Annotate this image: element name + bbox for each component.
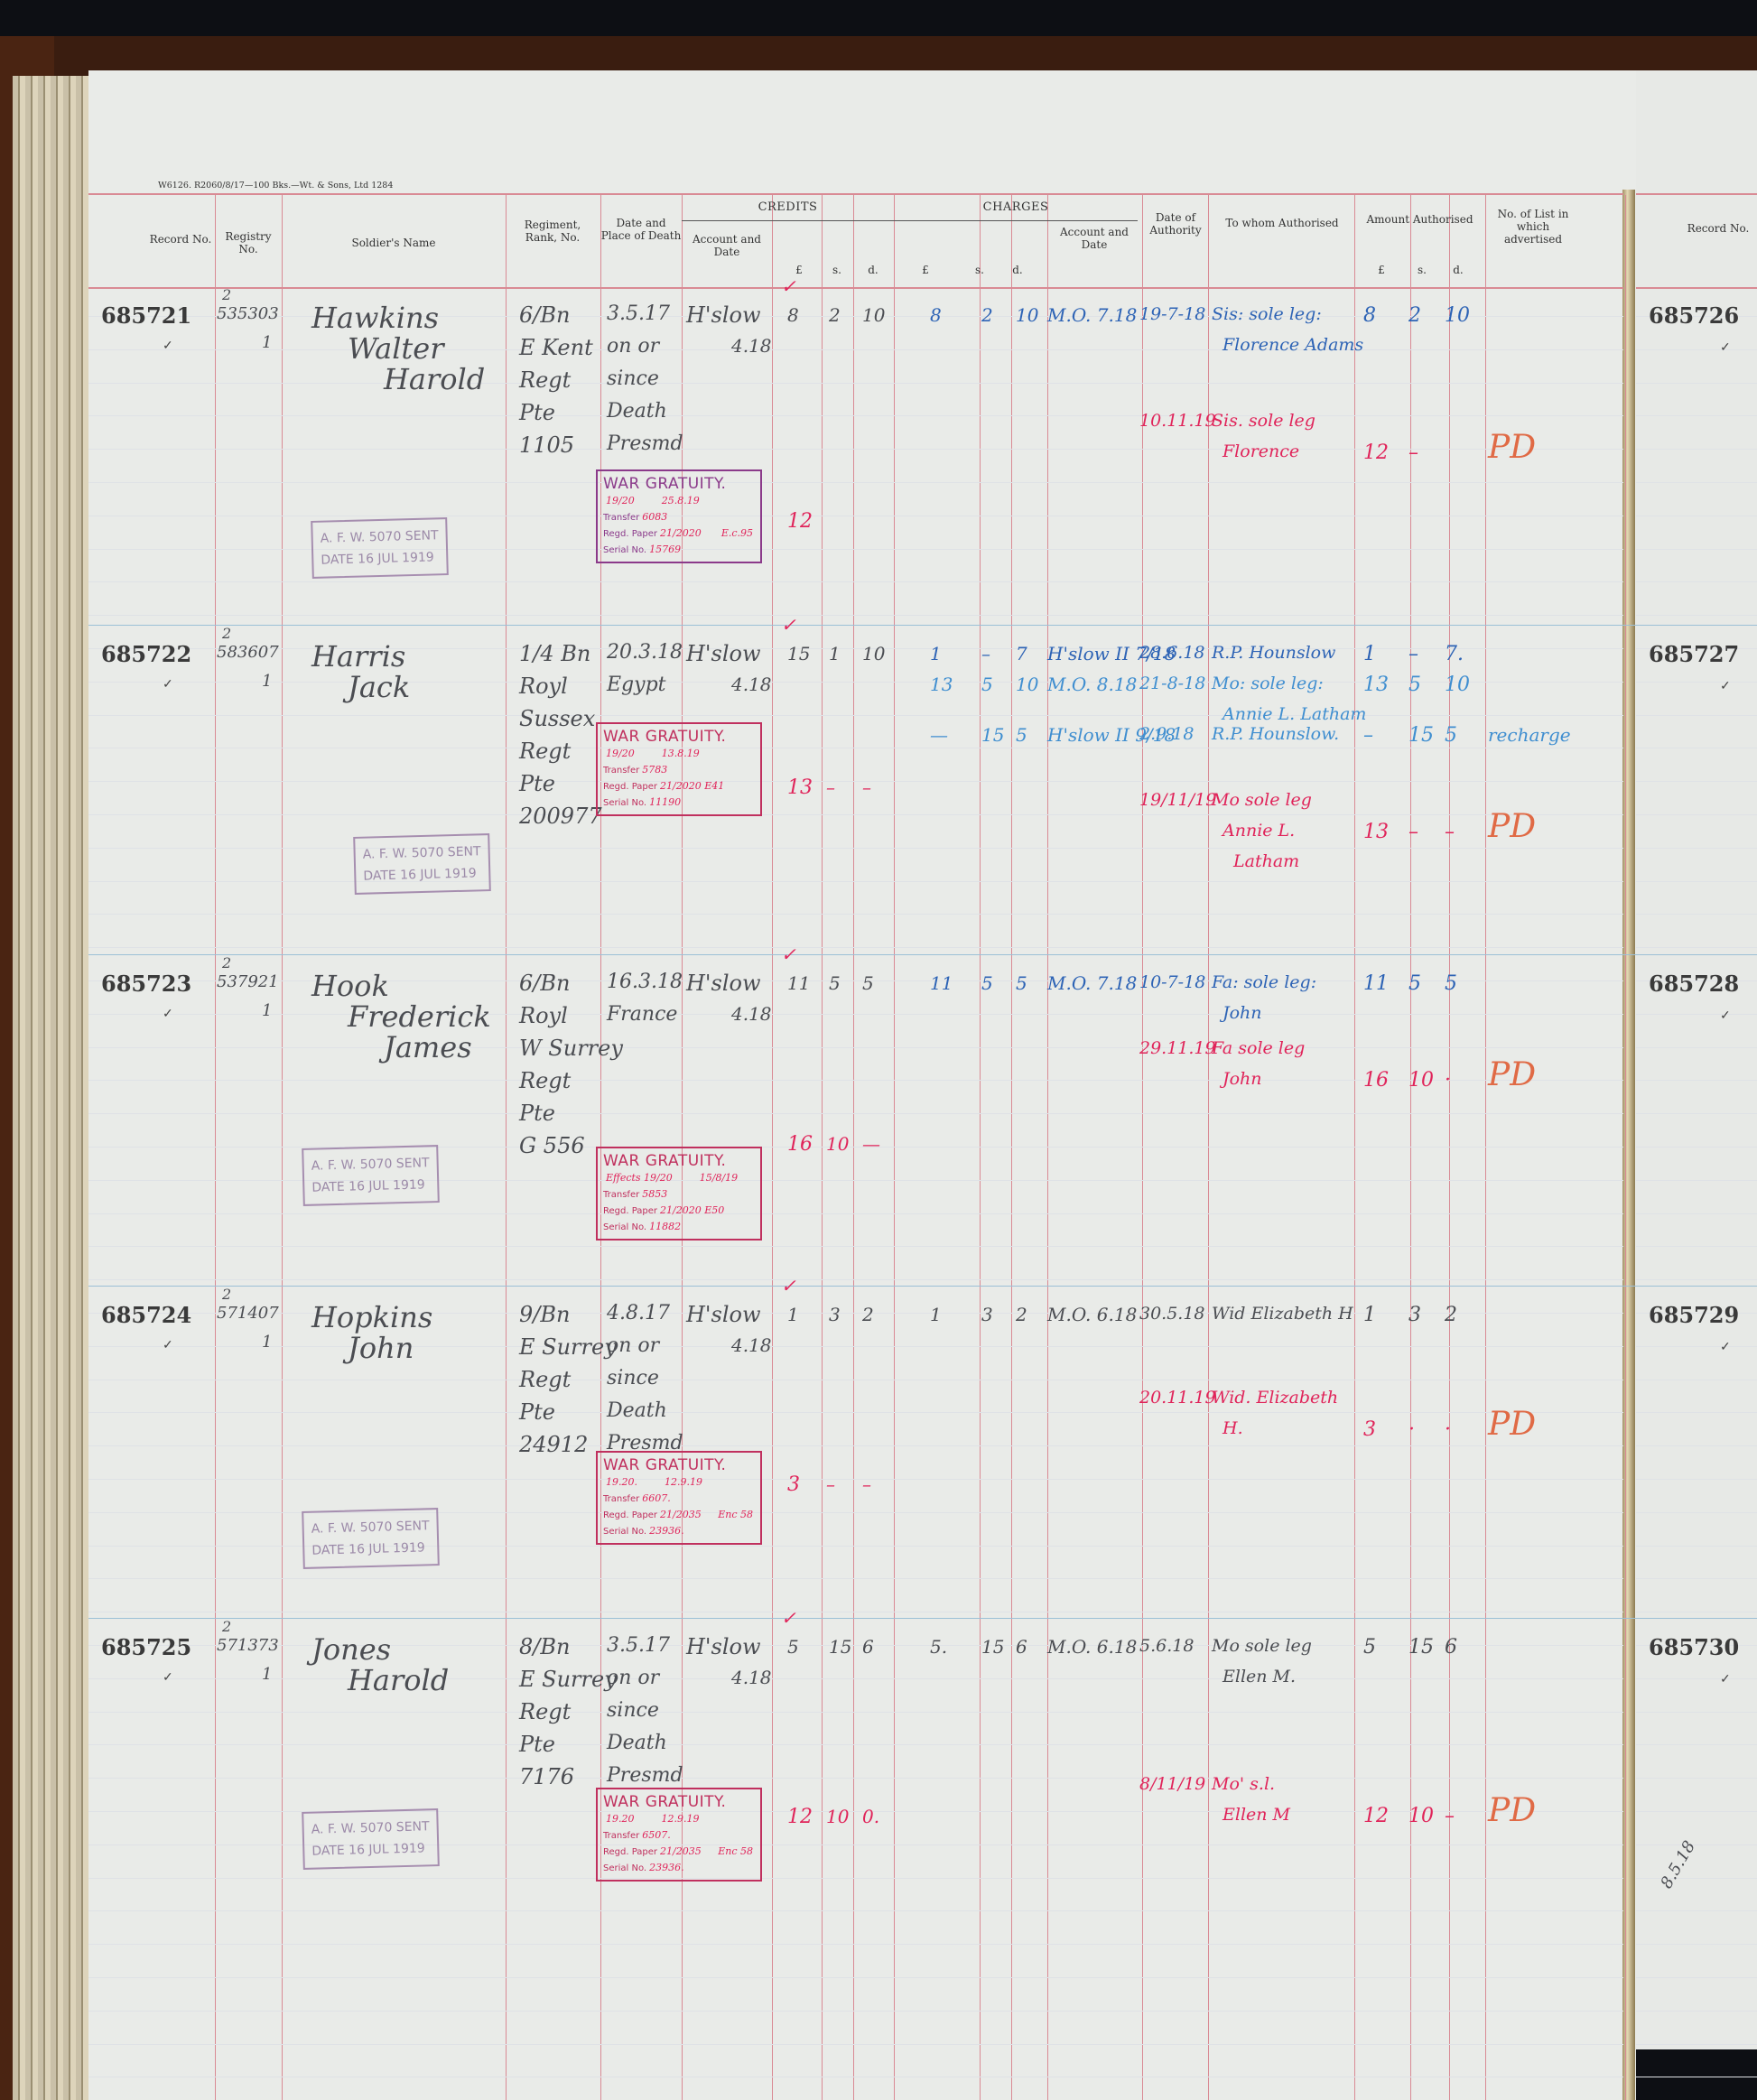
- registry-prefix: 2: [222, 1286, 231, 1303]
- stamp-value: 11190: [649, 796, 681, 808]
- stamp-label: Regd. Paper: [603, 782, 657, 792]
- list-advertised-note: PD: [1488, 808, 1536, 845]
- stamp-date: 25.8.19: [662, 495, 700, 506]
- header-charges-account-date: Account and Date: [1049, 226, 1139, 251]
- ledger-line: [88, 1113, 1623, 1114]
- credit-account-date: 4.18: [731, 1003, 772, 1025]
- stamp-date: DATE 16 JUL 1919: [363, 862, 482, 887]
- header-charges: CHARGES: [894, 200, 1138, 214]
- ledger-line: [1636, 715, 1757, 716]
- authorised-pence: –: [1445, 821, 1455, 843]
- ledger-line: [88, 814, 1623, 815]
- ledger-line: [1636, 1578, 1757, 1579]
- death-line: Egypt: [607, 674, 666, 696]
- authority-date: 29.11.19: [1139, 1038, 1216, 1058]
- stamp-label: Serial No.: [603, 1222, 646, 1232]
- ledger-page-right: [1636, 70, 1757, 2100]
- authorised-pounds: 1: [1363, 1304, 1376, 1326]
- check-mark-icon: ✓: [1720, 679, 1731, 693]
- charge-shillings: 3: [981, 1304, 993, 1325]
- ledger-line: [1636, 947, 1757, 948]
- authorised-pounds: 1: [1363, 643, 1376, 665]
- charge-account: M.O. 8.18: [1047, 674, 1137, 695]
- gratuity-credit-pence: —: [862, 1133, 880, 1155]
- credit-pence: 10: [862, 304, 885, 326]
- credit-check-icon: ✓: [781, 1607, 796, 1629]
- authorised-shillings: –: [1408, 643, 1418, 665]
- ledger-line: [88, 947, 1623, 948]
- ledger-line: [1636, 1113, 1757, 1114]
- stamp-label: Transfer: [603, 1831, 639, 1841]
- authorised-payee: Mo sole leg: [1212, 1636, 1312, 1656]
- authorised-shillings: 3: [1408, 1304, 1421, 1326]
- header-list-advertised: No. of List in which advertised: [1486, 208, 1580, 246]
- ledger-line: [88, 1246, 1623, 1247]
- registry-prefix: 2: [222, 954, 231, 971]
- right-page-record-number: 685728: [1649, 971, 1739, 997]
- stamp-extra: Enc 58: [718, 1844, 753, 1859]
- stamp-value: 21/2020 E50: [660, 1204, 724, 1216]
- column-rule: [1142, 195, 1143, 2100]
- ledger-line: [88, 383, 1623, 384]
- header-amount-pounds: £: [1368, 264, 1395, 276]
- ledger-line: [88, 1778, 1623, 1779]
- authorised-pounds: 3: [1363, 1418, 1376, 1441]
- authorised-payee: Mo sole leg: [1212, 790, 1312, 810]
- ledger-line: [1636, 1412, 1757, 1413]
- stamp-value: 21/2035: [660, 1509, 702, 1520]
- column-rule: [1208, 195, 1209, 2100]
- entry-separator: [88, 954, 1757, 955]
- stamp-row-transfer: Transfer6507.: [603, 1827, 755, 1844]
- ledger-line: [1636, 1014, 1757, 1015]
- afw-5070-sent-stamp: A. F. W. 5070 SENTDATE 16 JUL 1919: [311, 517, 449, 579]
- authorised-pounds: 13: [1363, 821, 1389, 843]
- header-charge-shillings: s.: [966, 264, 993, 276]
- header-bottom-rule-right: [1636, 287, 1757, 289]
- soldier-name-line: Harold: [348, 1663, 449, 1697]
- authorised-payee: Latham: [1233, 851, 1299, 871]
- stamp-row-regd-paper: Regd. Paper21/2035Enc 58: [603, 1507, 755, 1523]
- regiment-line: 9/Bn: [519, 1302, 570, 1327]
- charge-shillings: 15: [981, 1636, 1004, 1658]
- credit-pounds: 15: [787, 643, 810, 664]
- ledger-line: [1636, 1778, 1757, 1779]
- regiment-line: 6/Bn: [519, 971, 570, 996]
- authorised-shillings: 5: [1408, 972, 1421, 995]
- soldier-name-line: Harris: [311, 639, 405, 674]
- ledger-line: [1636, 516, 1757, 516]
- stamp-title: WAR GRATUITY.: [603, 1152, 755, 1170]
- gratuity-credit-pounds: 3: [787, 1473, 800, 1496]
- authorised-payee: Mo' s.l.: [1212, 1774, 1275, 1794]
- regiment-line: 7176: [519, 1764, 574, 1789]
- stamp-year: 19/20: [606, 495, 635, 506]
- ledger-line: [1636, 1380, 1757, 1380]
- authorised-payee: John: [1222, 1069, 1262, 1089]
- charge-pence: 7: [1016, 643, 1027, 664]
- header-credit-pence: d.: [860, 264, 887, 276]
- death-line: 3.5.17: [607, 302, 670, 325]
- header-amount-authorised: Amount Authorised: [1354, 213, 1485, 226]
- registry-number: 537921: [217, 972, 279, 991]
- authority-date: 19-7-18: [1139, 304, 1205, 324]
- death-line: on or: [607, 1667, 659, 1689]
- authorised-pounds: 13: [1363, 674, 1389, 696]
- gratuity-credit-pence: 0.: [862, 1806, 879, 1827]
- ledger-line: [88, 1712, 1623, 1713]
- stamp-row-serial-no: Serial No.11882: [603, 1219, 755, 1235]
- credit-shillings: 3: [829, 1304, 841, 1325]
- authorised-shillings: 10: [1408, 1069, 1434, 1092]
- authority-date: 20.11.19: [1139, 1388, 1216, 1408]
- stamp-date: DATE 16 JUL 1919: [311, 1537, 431, 1561]
- stamp-label: Serial No.: [603, 798, 646, 808]
- charge-pounds: 5.: [930, 1636, 947, 1658]
- stamp-row-serial-no: Serial No.11190: [603, 794, 755, 811]
- ledger-line: [88, 615, 1623, 616]
- credit-check-icon: ✓: [781, 275, 796, 297]
- ledger-line: [1636, 1744, 1757, 1745]
- regiment-line: Regt: [519, 1699, 571, 1724]
- gratuity-credit-pounds: 12: [787, 510, 813, 533]
- regiment-line: Pte: [519, 1399, 555, 1425]
- ledger-line: [1636, 1147, 1757, 1148]
- record-number: 685724: [101, 1302, 191, 1328]
- stamp-row-transfer: Transfer5853: [603, 1186, 755, 1203]
- stamp-extra: Enc 58: [718, 1507, 753, 1522]
- authorised-pounds: 5: [1363, 1636, 1376, 1659]
- ledger-line: [88, 2044, 1623, 2045]
- stamp-label: Serial No.: [603, 1863, 646, 1873]
- authorised-pence: ·: [1445, 1418, 1451, 1441]
- regiment-line: 6/Bn: [519, 302, 570, 328]
- list-advertised-note: PD: [1488, 1406, 1536, 1443]
- regiment-line: Regt: [519, 1367, 571, 1392]
- background: [1636, 2049, 1757, 2100]
- stamp-label: Transfer: [603, 1190, 639, 1200]
- authorised-payee: John: [1222, 1003, 1262, 1023]
- regiment-line: Royl: [519, 1003, 568, 1028]
- stamp-value: 23936.: [649, 1525, 684, 1537]
- stamp-value: 6083: [642, 511, 667, 523]
- war-gratuity-stamp: WAR GRATUITY.19.20.12.9.19Transfer6607.R…: [596, 1451, 762, 1545]
- ledger-line: [1636, 2044, 1757, 2045]
- stamp-year: 19.20.: [606, 1476, 637, 1488]
- ledger-line: [88, 1412, 1623, 1413]
- column-rule: [282, 195, 283, 2100]
- charge-shillings: 2: [981, 304, 993, 326]
- header-date-place-death: Date and Place of Death: [600, 217, 682, 242]
- stamp-row-serial-no: Serial No.15769: [603, 542, 755, 558]
- charge-pounds: 13: [930, 674, 953, 695]
- afw-5070-sent-stamp: A. F. W. 5070 SENTDATE 16 JUL 1919: [302, 1508, 440, 1569]
- ledger-line: [88, 1612, 1623, 1612]
- gratuity-credit-shillings: –: [826, 1473, 835, 1495]
- authorised-payee: Wid Elizabeth H: [1212, 1304, 1353, 1324]
- ledger-line: [88, 682, 1623, 683]
- column-rule: [822, 195, 823, 2100]
- credit-account: H'slow: [686, 641, 761, 666]
- death-line: since: [607, 367, 659, 390]
- credit-shillings: 1: [829, 643, 841, 664]
- ledger-line: [1636, 1213, 1757, 1214]
- authorised-pounds: 11: [1363, 972, 1389, 995]
- authority-date: 10.11.19: [1139, 411, 1216, 431]
- ledger-line: [1636, 1512, 1757, 1513]
- ledger-line: [88, 748, 1623, 748]
- registry-prefix: 2: [222, 625, 231, 642]
- credit-account: H'slow: [686, 302, 761, 328]
- registry-number: 583607: [217, 643, 279, 662]
- registry-number: 571373: [217, 1636, 279, 1655]
- death-line: 4.8.17: [607, 1302, 670, 1324]
- ledger-line: [1636, 1878, 1757, 1879]
- header-credit-pounds: £: [786, 264, 813, 276]
- registry-prefix: 2: [222, 286, 231, 303]
- column-rule: [853, 195, 854, 2100]
- stamp-value: 5853: [642, 1188, 667, 1200]
- regiment-line: 1/4 Bn: [519, 641, 590, 666]
- authorised-payee: Florence Adams: [1222, 335, 1363, 355]
- soldier-name-line: Hopkins: [311, 1300, 432, 1334]
- charge-account: M.O. 7.18: [1047, 972, 1137, 994]
- ledger-line: [1636, 1246, 1757, 1247]
- ledger-line: [1636, 449, 1757, 450]
- check-mark-icon: ✓: [1720, 1340, 1731, 1354]
- stamp-row: Effects 19/2015/8/19: [603, 1170, 755, 1186]
- afw-5070-sent-stamp: A. F. W. 5070 SENTDATE 16 JUL 1919: [302, 1808, 440, 1870]
- check-mark-icon: ✓: [1720, 1672, 1731, 1687]
- ledger-line: [88, 1346, 1623, 1347]
- ledger-line: [88, 449, 1623, 450]
- stamp-row: 19/2025.8.19: [603, 493, 755, 509]
- ledger-line: [88, 781, 1623, 782]
- stamp-year: 19.20: [606, 1813, 635, 1825]
- authorised-pence: 5: [1445, 972, 1457, 995]
- column-rule: [1625, 195, 1626, 2100]
- credit-shillings: 15: [829, 1636, 851, 1658]
- authorised-pence: 5: [1445, 724, 1457, 747]
- stamp-value: 23936.: [649, 1862, 684, 1873]
- page-edges: [13, 76, 88, 2100]
- stamp-line: A. F. W. 5070 SENT: [311, 1816, 430, 1840]
- ledger-line: [88, 581, 1623, 582]
- stamp-title: WAR GRATUITY.: [603, 1456, 755, 1474]
- authorised-payee: R.P. Hounslow.: [1212, 724, 1339, 744]
- war-gratuity-stamp: WAR GRATUITY.19/2013.8.19Transfer5783Reg…: [596, 722, 762, 816]
- credit-account-date: 4.18: [731, 1334, 772, 1356]
- credit-pence: 6: [862, 1636, 874, 1658]
- regiment-line: Pte: [519, 1101, 555, 1126]
- stamp-value: 21/2035: [660, 1845, 702, 1857]
- soldier-name-line: Jack: [348, 670, 410, 704]
- stamp-extra: E.c.95: [721, 525, 753, 541]
- soldier-name-line: Frederick: [348, 999, 491, 1034]
- charge-account: M.O. 7.18: [1047, 304, 1137, 326]
- header-credits-account-date: Account and Date: [683, 233, 770, 258]
- ledger-line: [1636, 1346, 1757, 1347]
- ledger-line: [88, 516, 1623, 516]
- authorised-shillings: –: [1408, 821, 1418, 843]
- ledger-line: [88, 1047, 1623, 1048]
- header-top-rule: [88, 193, 1623, 195]
- gratuity-credit-pence: –: [862, 776, 871, 798]
- death-line: 3.5.17: [607, 1634, 670, 1657]
- charge-pence: 10: [1016, 674, 1038, 695]
- authorised-pounds: 12: [1363, 441, 1389, 464]
- charge-pence: 6: [1016, 1636, 1027, 1658]
- check-mark-icon: ✓: [163, 339, 173, 353]
- authorised-pounds: 12: [1363, 1805, 1389, 1827]
- header-charge-pence: d.: [1004, 264, 1031, 276]
- ledger-line: [1636, 2077, 1757, 2077]
- header-soldier-name: Soldier's Name: [282, 237, 506, 249]
- header-credits: CREDITS: [682, 200, 894, 214]
- record-number: 685722: [101, 641, 191, 667]
- ledger-line: [88, 349, 1623, 350]
- charge-pence: 2: [1016, 1304, 1027, 1325]
- ledger-line: [88, 2077, 1623, 2077]
- authorised-payee: Wid. Elizabeth: [1212, 1388, 1338, 1408]
- authorised-pence: 10: [1445, 674, 1470, 696]
- stamp-value: 5783: [642, 764, 667, 776]
- header-to-whom: To whom Authorised: [1210, 217, 1354, 229]
- gratuity-credit-pounds: 16: [787, 1133, 813, 1156]
- death-line: on or: [607, 1334, 659, 1357]
- stamp-title: WAR GRATUITY.: [603, 475, 755, 493]
- charge-pounds: 1: [930, 643, 942, 664]
- stamp-row-transfer: Transfer5783: [603, 762, 755, 778]
- ledger-line: [1636, 549, 1757, 550]
- credit-account-date: 4.18: [731, 1667, 772, 1688]
- ledger-line: [88, 1479, 1623, 1480]
- ledger-line: [88, 1944, 1623, 1945]
- authorised-shillings: 15: [1408, 724, 1434, 747]
- ledger-line: [1636, 383, 1757, 384]
- column-rule: [772, 195, 773, 2100]
- authorised-shillings: 5: [1408, 674, 1421, 696]
- ledger-line: [1636, 781, 1757, 782]
- authorised-pounds: –: [1363, 724, 1373, 747]
- stamp-date: DATE 16 JUL 1919: [311, 1837, 431, 1862]
- authorised-payee: Sis: sole leg:: [1212, 304, 1322, 324]
- header-regiment: Regiment, Rank, No.: [507, 218, 598, 244]
- gratuity-credit-pounds: 13: [787, 776, 813, 799]
- authorised-payee: Sis. sole leg: [1212, 411, 1315, 431]
- stamp-label: Transfer: [603, 513, 639, 523]
- war-gratuity-stamp: WAR GRATUITY.19.2012.9.19Transfer6507.Re…: [596, 1788, 762, 1882]
- ledger-line: [1636, 415, 1757, 416]
- authorised-payee: Annie L.: [1222, 821, 1295, 841]
- credit-pence: 10: [862, 643, 885, 664]
- stamp-label: Regd. Paper: [603, 1510, 657, 1520]
- charge-pounds: 1: [930, 1304, 942, 1325]
- ledger-line: [1636, 1546, 1757, 1547]
- ledger-line: [88, 1678, 1623, 1679]
- authorised-shillings: –: [1408, 441, 1418, 464]
- ledger-line: [1636, 1944, 1757, 1945]
- check-mark-icon: ✓: [1720, 340, 1731, 355]
- ledger-line: [1636, 615, 1757, 616]
- regiment-line: Pte: [519, 400, 555, 425]
- ledger-line: [88, 1380, 1623, 1380]
- stamp-date: 15/8/19: [700, 1172, 738, 1184]
- authorised-pence: 2: [1445, 1304, 1457, 1326]
- credit-check-icon: ✓: [781, 943, 796, 965]
- stamp-date: 12.9.19: [662, 1813, 700, 1825]
- stamp-row-transfer: Transfer6607.: [603, 1491, 755, 1507]
- registry-number: 571407: [217, 1304, 279, 1323]
- ledger-line: [88, 1213, 1623, 1214]
- ledger-line: [1636, 1811, 1757, 1812]
- authority-date: 19/11/19: [1139, 790, 1216, 810]
- gratuity-credit-pounds: 12: [787, 1806, 813, 1828]
- war-gratuity-stamp: WAR GRATUITY.Effects 19/2015/8/19Transfe…: [596, 1147, 762, 1240]
- ledger-line: [88, 1445, 1623, 1446]
- stamp-line: A. F. W. 5070 SENT: [311, 1152, 430, 1176]
- check-mark-icon: ✓: [163, 1338, 173, 1352]
- stamp-line: A. F. W. 5070 SENT: [362, 841, 481, 865]
- registry-sub: 1: [262, 333, 272, 352]
- authorised-payee: R.P. Hounslow: [1212, 643, 1335, 663]
- ledger-line: [88, 914, 1623, 915]
- death-line: since: [607, 1699, 659, 1722]
- authorised-shillings: 10: [1408, 1805, 1434, 1827]
- authority-date: 10-7-18: [1139, 972, 1205, 992]
- regiment-line: Regt: [519, 739, 571, 764]
- ledger-line: [1636, 682, 1757, 683]
- ledger-line: [88, 1744, 1623, 1745]
- authority-date: 5.6.18: [1139, 1636, 1194, 1656]
- soldier-name-line: Jones: [311, 1632, 391, 1667]
- record-number: 685721: [101, 302, 191, 329]
- ledger-line: [88, 881, 1623, 882]
- afw-5070-sent-stamp: A. F. W. 5070 SENTDATE 16 JUL 1919: [302, 1145, 440, 1206]
- authorised-payee: Mo: sole leg:: [1212, 674, 1324, 693]
- regiment-line: Pte: [519, 771, 555, 796]
- stamp-value: 11882: [649, 1221, 681, 1232]
- ledger-line: [1636, 2011, 1757, 2012]
- regiment-line: G 556: [519, 1133, 585, 1158]
- ledger-line: [1636, 1445, 1757, 1446]
- authorised-shillings: ·: [1408, 1418, 1415, 1441]
- soldier-name-line: John: [348, 1331, 414, 1365]
- credit-account: H'slow: [686, 971, 761, 996]
- ledger-line: [1636, 581, 1757, 582]
- soldier-name-line: Hawkins: [311, 301, 439, 335]
- credits-charges-subrule: [682, 220, 1138, 221]
- check-mark-icon: ✓: [1720, 1008, 1731, 1023]
- ledger-line: [1636, 814, 1757, 815]
- charge-pence: 5: [1016, 972, 1027, 994]
- right-page-record-number: 685726: [1649, 302, 1739, 329]
- credit-pounds: 5: [787, 1636, 799, 1658]
- authorised-payee: H.: [1222, 1418, 1243, 1438]
- header-amount-shillings: s.: [1408, 264, 1436, 276]
- stamp-label: Transfer: [603, 1494, 639, 1504]
- regiment-line: Sussex: [519, 706, 595, 731]
- ledger-line: [88, 1910, 1623, 1911]
- stamp-row-regd-paper: Regd. Paper21/2035Enc 58: [603, 1844, 755, 1860]
- stamp-title: WAR GRATUITY.: [603, 1793, 755, 1811]
- stamp-label: Transfer: [603, 766, 639, 776]
- ledger-line: [88, 415, 1623, 416]
- stamp-line: A. F. W. 5070 SENT: [311, 1515, 430, 1539]
- registry-number: 535303: [217, 304, 279, 323]
- ledger-line: [1636, 482, 1757, 483]
- credit-check-icon: ✓: [781, 614, 796, 636]
